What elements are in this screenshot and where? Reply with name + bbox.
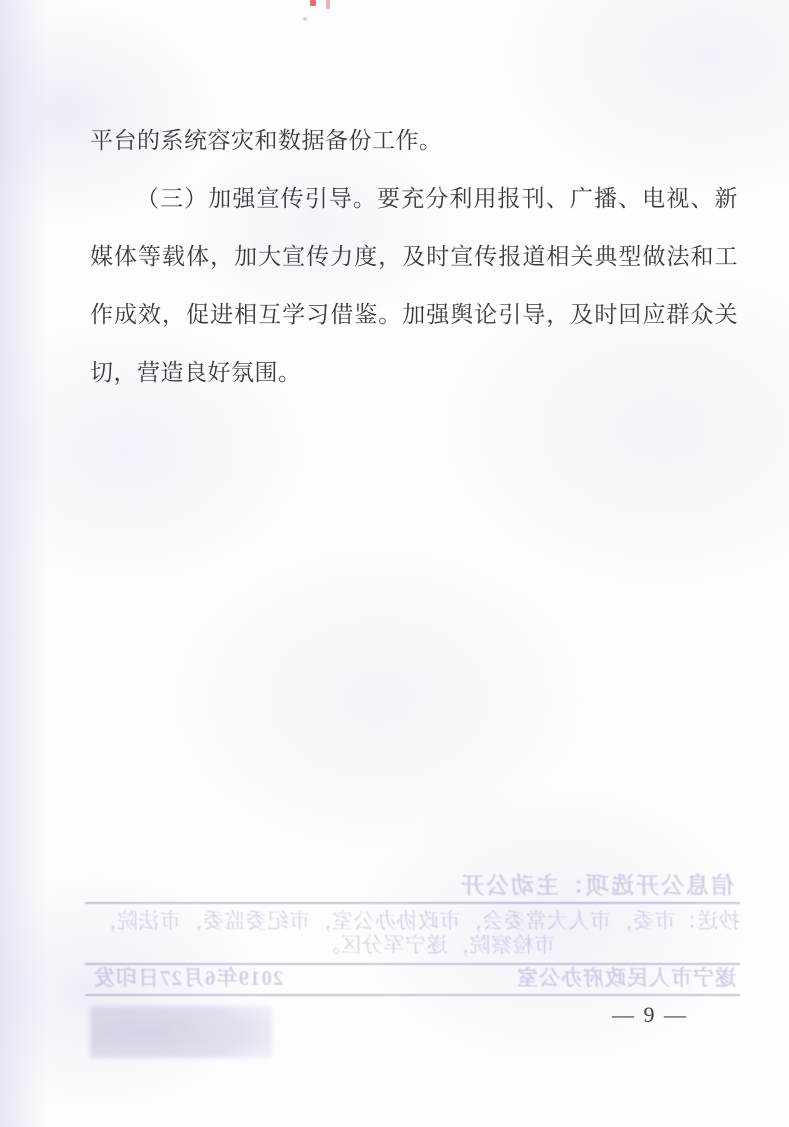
bleedthrough-rule xyxy=(85,994,740,996)
bleedthrough-rule xyxy=(85,902,740,904)
body-text: 平台的系统容灾和数据备份工作。 （三）加强宣传引导。要充分利用报刊、广播、电视、… xyxy=(90,112,738,402)
paragraph-section-three: （三）加强宣传引导。要充分利用报刊、广播、电视、新媒体等载体，加大宣传力度，及时… xyxy=(90,170,738,402)
red-ink-mark xyxy=(310,0,316,6)
bleedthrough-cc-line-2: 市检察院，遂宁军分区。 xyxy=(85,934,740,957)
red-ink-mark xyxy=(303,17,307,21)
bleedthrough-info-line: 信息公开选项：主动公开 xyxy=(85,870,740,902)
bleedthrough-issuer: 遂宁市人民政府办公室 xyxy=(516,965,736,992)
paragraph-continuation: 平台的系统容灾和数据备份工作。 xyxy=(90,112,738,170)
scanned-document-page: 平台的系统容灾和数据备份工作。 （三）加强宣传引导。要充分利用报刊、广播、电视、… xyxy=(0,0,789,1127)
red-ink-mark xyxy=(326,0,330,9)
page-number: — 9 — xyxy=(595,1002,705,1028)
bleedthrough-footer: 信息公开选项：主动公开 抄送：市委，市人大常委会，市政协办公室，市纪委监委，市法… xyxy=(85,870,740,996)
bleedthrough-issue-date: 2019年6月27日印发 xyxy=(93,965,284,992)
bleedthrough-smudge xyxy=(90,1006,272,1058)
bleedthrough-cc-line-1: 抄送：市委，市人大常委会，市政协办公室，市纪委监委，市法院， xyxy=(85,909,740,934)
bleedthrough-issue-line: 遂宁市人民政府办公室 2019年6月27日印发 xyxy=(85,965,740,992)
